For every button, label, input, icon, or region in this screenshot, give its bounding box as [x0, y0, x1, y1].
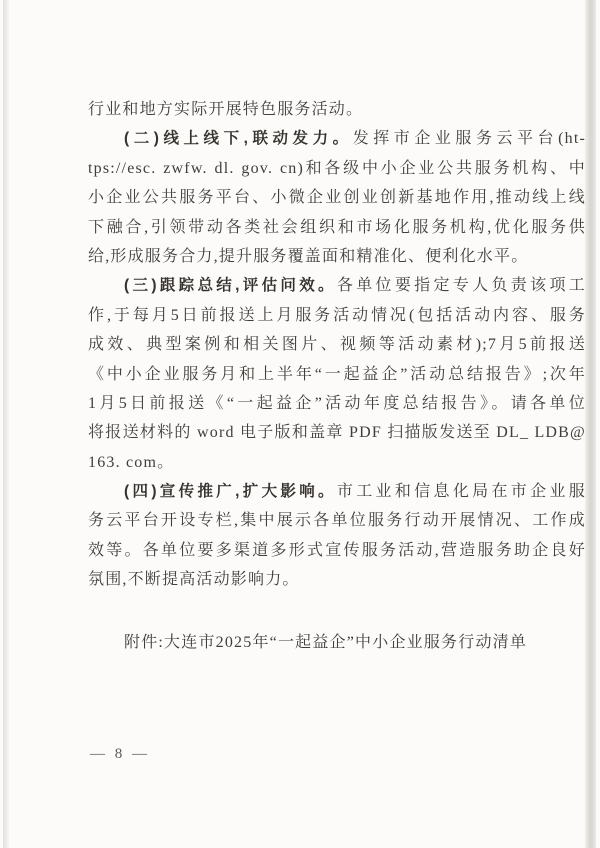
line-text: 成效、典型案例和相关图片、视频等活动素材);7月5前报送	[88, 336, 586, 353]
scan-edge-right	[585, 0, 596, 848]
line-text: 市工业和信息化局在市企业服	[337, 483, 586, 500]
section-heading: (二)线上线下,联动发力。	[124, 130, 353, 147]
line-text: 下融合,引领带动各类社会组织和市场化服务机构,优化服务供	[88, 219, 586, 236]
line-text: 氛围,不断提高活动影响力。	[88, 571, 300, 588]
page-number: — 8 —	[90, 746, 150, 763]
text-line: 氛围,不断提高活动影响力。	[88, 565, 586, 594]
line-text: 1月5日前报送《“一起益企”活动年度总结报告》。请各单位	[88, 395, 586, 412]
text-line: 作,于每月5日前报送上月服务活动情况(包括活动内容、服务	[88, 301, 586, 330]
line-text: 效等。各单位要多渠道多形式宣传服务活动,营造服务助企良好	[88, 542, 586, 559]
line-text: 行业和地方实际开展特色服务活动。	[88, 101, 363, 118]
text-line: 1月5日前报送《“一起益企”活动年度总结报告》。请各单位	[88, 389, 586, 418]
scan-edge-left	[3, 0, 9, 848]
text-line: (三)跟踪总结,评估问效。各单位要指定专人负责该项工	[88, 271, 586, 300]
text-line: 下融合,引领带动各类社会组织和市场化服务机构,优化服务供	[88, 213, 586, 242]
line-text: 163. com。	[88, 454, 174, 471]
text-line: 成效、典型案例和相关图片、视频等活动素材);7月5前报送	[88, 330, 586, 359]
text-line: 163. com。	[88, 448, 586, 477]
line-text: 发挥市企业服务云平台(ht-	[353, 130, 586, 147]
text-line: 效等。各单位要多渠道多形式宣传服务活动,营造服务助企良好	[88, 536, 586, 565]
line-text: 务云平台开设专栏,集中展示各单位服务行动开展情况、工作成	[88, 512, 586, 529]
line-text: 作,于每月5日前报送上月服务活动情况(包括活动内容、服务	[88, 307, 586, 324]
section-heading: (三)跟踪总结,评估问效。	[124, 277, 337, 294]
line-text: 《中小企业服务月和上半年“一起益企”活动总结报告》;次年	[88, 366, 586, 383]
text-line: 《中小企业服务月和上半年“一起益企”活动总结报告》;次年	[88, 360, 586, 389]
text-line: 附件:大连市2025年“一起益企”中小企业服务行动清单	[88, 628, 586, 657]
line-text: 小企业公共服务平台、小微企业创业创新基地作用,推动线上线	[88, 189, 586, 206]
line-text: 将报送材料的 word 电子版和盖章 PDF 扫描版发送至 DL_ LDB@	[88, 424, 586, 441]
text-line: tps://esc. zwfw. dl. gov. cn)和各级中小企业公共服务…	[88, 154, 586, 183]
line-text: 各单位要指定专人负责该项工	[337, 277, 586, 294]
line-text: 给,形成服务合力,提升服务覆盖面和精准化、便利化水平。	[88, 248, 528, 265]
line-text: 附件:大连市2025年“一起益企”中小企业服务行动清单	[124, 634, 527, 651]
text-line: (四)宣传推广,扩大影响。市工业和信息化局在市企业服	[88, 477, 586, 506]
line-text: tps://esc. zwfw. dl. gov. cn)和各级中小企业公共服务…	[88, 160, 586, 177]
text-line: 务云平台开设专栏,集中展示各单位服务行动开展情况、工作成	[88, 506, 586, 535]
section-heading: (四)宣传推广,扩大影响。	[124, 483, 337, 500]
text-line: 行业和地方实际开展特色服务活动。	[88, 95, 586, 124]
document-body: 行业和地方实际开展特色服务活动。(二)线上线下,联动发力。发挥市企业服务云平台(…	[88, 95, 586, 657]
text-line: (二)线上线下,联动发力。发挥市企业服务云平台(ht-	[88, 124, 586, 153]
text-line: 小企业公共服务平台、小微企业创业创新基地作用,推动线上线	[88, 183, 586, 212]
document-page: 行业和地方实际开展特色服务活动。(二)线上线下,联动发力。发挥市企业服务云平台(…	[0, 0, 600, 848]
text-line: 给,形成服务合力,提升服务覆盖面和精准化、便利化水平。	[88, 242, 586, 271]
text-line: 将报送材料的 word 电子版和盖章 PDF 扫描版发送至 DL_ LDB@	[88, 418, 586, 447]
